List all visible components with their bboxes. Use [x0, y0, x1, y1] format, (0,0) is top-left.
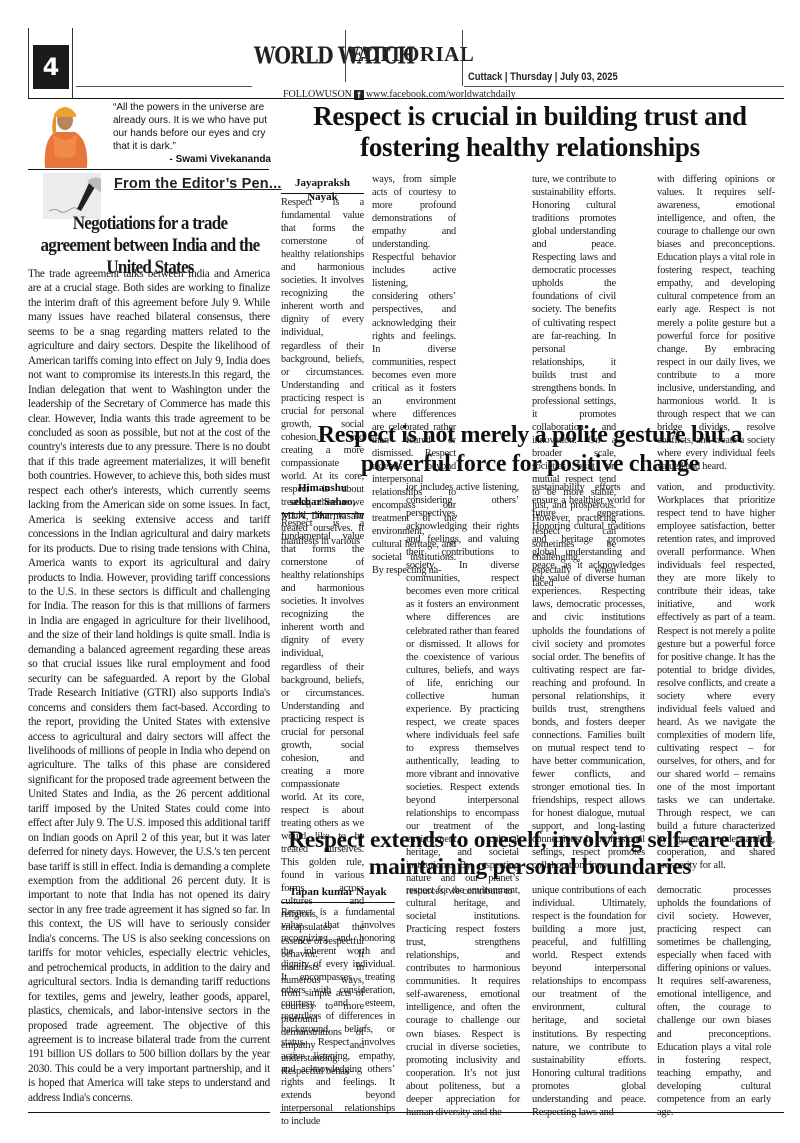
editorial-body: The trade agreement talks between India …	[28, 267, 270, 1105]
masthead-divider	[345, 30, 346, 82]
editors-pen-label: From the Editor’s Pen...	[114, 176, 282, 192]
masthead-rule-left	[76, 86, 252, 87]
section-title: EDITORIAL	[350, 42, 474, 67]
article-3-byline-rule	[281, 902, 395, 903]
page-number: 4	[33, 45, 69, 89]
masthead-bottom-rule	[28, 98, 784, 99]
article-3-byline: Tapan kumar Nayak	[281, 885, 395, 899]
article-2-byline-name: Himanshu sekhar Sahoo,	[290, 482, 356, 508]
article-3-column-1: Respect is a fundamental value that invo…	[281, 906, 395, 1128]
quote: “All the powers in the universe are alre…	[113, 101, 271, 166]
article-1-byline-rule	[281, 193, 364, 194]
quote-author: - Swami Vivekananda	[113, 153, 271, 166]
editorial-bottom-rule	[28, 1112, 270, 1113]
masthead-rule-right	[464, 86, 784, 87]
page-number-frame-divider	[72, 28, 73, 98]
quote-divider	[28, 169, 269, 170]
masthead-divider	[462, 30, 463, 86]
article-3-column-4: democratic processes upholds the foundat…	[657, 884, 771, 1119]
article-2-byline-rule	[281, 513, 364, 514]
masthead: 4 WORLD WATCH EDITORIAL Cuttack | Thursd…	[28, 28, 784, 98]
article-2-column-4: vation, and productivity. Workplaces tha…	[657, 481, 775, 872]
vivekananda-portrait	[37, 100, 93, 168]
article-2-column-3: sustainability efforts and ensure a heal…	[532, 481, 645, 872]
article-1-headline: Respect is crucial in building trust and…	[280, 101, 780, 163]
article-3-column-3: unique contributions of each individual.…	[532, 884, 646, 1119]
quote-text: “All the powers in the universe are alre…	[113, 102, 267, 152]
article-2-headline: Respect is not merely a polite gesture b…	[280, 421, 780, 479]
dateline: Cuttack | Thursday | July 03, 2025	[468, 71, 618, 83]
article-3-column-2: respect for the environment, cultural he…	[406, 884, 520, 1119]
article-3-headline: Respect extends to oneself, involving se…	[280, 827, 780, 881]
page-bottom-rule	[280, 1112, 784, 1113]
